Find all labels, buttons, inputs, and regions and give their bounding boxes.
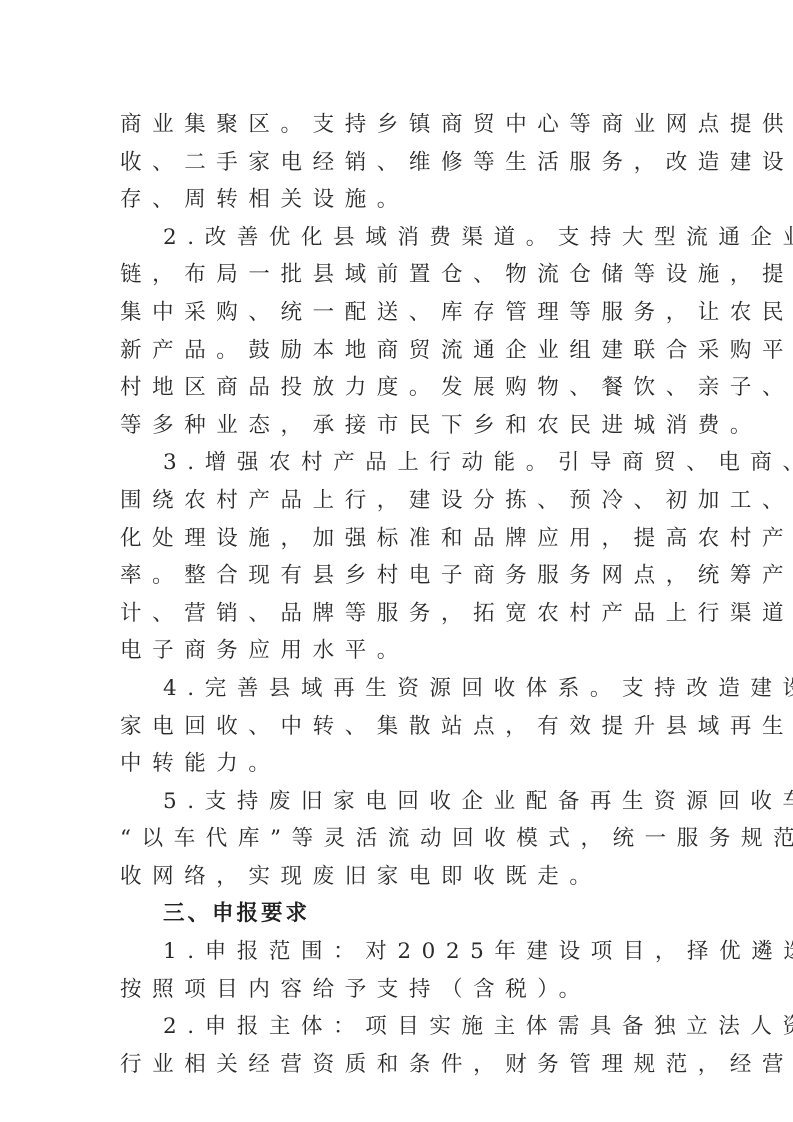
requirement-1: 1.申报范围：对2025年建设项目，择优遴选实施主体， 按照项目内容给予支持（含… <box>120 933 676 1008</box>
text-line: 2.申报主体：项目实施主体需具备独立法人资格，具备 <box>120 1008 676 1046</box>
text-line: 集中采购、统一配送、库存管理等服务，让农民直购好产品、 <box>120 294 676 332</box>
paragraph-item-2: 2.改善优化县域消费渠道。支持大型流通企业下沉供应 链，布局一批县域前置仓、物流… <box>120 219 676 445</box>
section-heading: 三、申报要求 <box>120 895 676 933</box>
text-line: 3.增强农村产品上行动能。引导商贸、电商、物流企业 <box>120 444 676 482</box>
text-line: 按照项目内容给予支持（含税）。 <box>120 971 676 1009</box>
text-line: 化处理设施，加强标准和品牌应用，提高农村产品商品转化 <box>120 520 676 558</box>
paragraph-item-4: 4.完善县域再生资源回收体系。支持改造建设县域废旧 家电回收、中转、集散站点，有… <box>120 670 676 783</box>
text-line: 收、二手家电经销、维修等生活服务，改造建设废旧家电暂 <box>120 144 676 182</box>
text-line: 围绕农村产品上行，建设分拣、预冷、初加工、配送等商品 <box>120 482 676 520</box>
text-line: 商业集聚区。支持乡镇商贸中心等商业网点提供废旧家电回 <box>120 106 676 144</box>
text-line: 家电回收、中转、集散站点，有效提升县域再生资源集散和 <box>120 708 676 746</box>
text-line: 中转能力。 <box>120 745 676 783</box>
text-line: 存、周转相关设施。 <box>120 181 676 219</box>
text-line: 收网络，实现废旧家电即收既走。 <box>120 858 676 896</box>
text-line: 5.支持废旧家电回收企业配备再生资源回收车辆。推广 <box>120 783 676 821</box>
paragraph-item-3: 3.增强农村产品上行动能。引导商贸、电商、物流企业 围绕农村产品上行，建设分拣、… <box>120 444 676 670</box>
text-line: 1.申报范围：对2025年建设项目，择优遴选实施主体， <box>120 933 676 971</box>
paragraph-item-5: 5.支持废旧家电回收企业配备再生资源回收车辆。推广 “以车代库”等灵活流动回收模… <box>120 783 676 896</box>
text-line: 2.改善优化县域消费渠道。支持大型流通企业下沉供应 <box>120 219 676 257</box>
text-line: 链，布局一批县域前置仓、物流仓储等设施，提供直供直销、 <box>120 256 676 294</box>
text-line: 计、营销、品牌等服务，拓宽农村产品上行渠道，提高农村 <box>120 595 676 633</box>
paragraph-continuation: 商业集聚区。支持乡镇商贸中心等商业网点提供废旧家电回 收、二手家电经销、维修等生… <box>120 106 676 219</box>
text-line: 等多种业态，承接市民下乡和农民进城消费。 <box>120 407 676 445</box>
text-line: 新产品。鼓励本地商贸流通企业组建联合采购平台，加大农 <box>120 332 676 370</box>
text-line: 率。整合现有县乡村电子商务服务网点，统筹产品开发、设 <box>120 557 676 595</box>
requirement-2: 2.申报主体：项目实施主体需具备独立法人资格，具备 行业相关经营资质和条件，财务… <box>120 1008 676 1083</box>
text-line: 4.完善县域再生资源回收体系。支持改造建设县域废旧 <box>120 670 676 708</box>
text-line: “以车代库”等灵活流动回收模式，统一服务规范，延伸回 <box>120 820 676 858</box>
document-page: 商业集聚区。支持乡镇商贸中心等商业网点提供废旧家电回 收、二手家电经销、维修等生… <box>120 106 676 1083</box>
text-line: 电子商务应用水平。 <box>120 632 676 670</box>
text-line: 村地区商品投放力度。发展购物、餐饮、亲子、娱乐、农资 <box>120 369 676 407</box>
text-line: 行业相关经营资质和条件，财务管理规范，经营诚信守法， <box>120 1046 676 1084</box>
